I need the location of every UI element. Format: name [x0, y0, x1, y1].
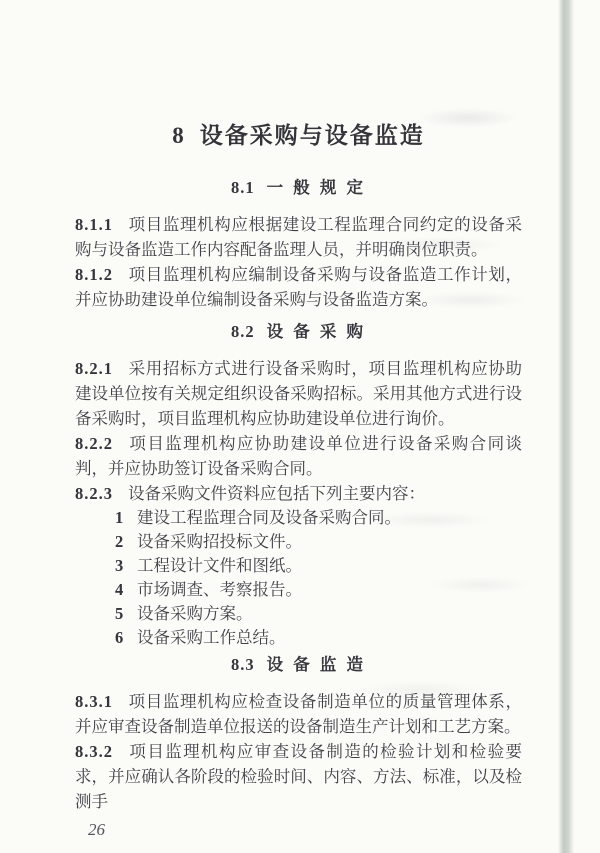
clause-8-2-1: 8.2.1采用招标方式进行设备采购时，项目监理机构应协助建设单位按有关规定组织设…: [75, 356, 522, 431]
item-number: 1: [115, 506, 137, 530]
list-item: 6设备采购工作总结。: [75, 626, 522, 650]
clause-text: 采用招标方式进行设备采购时，项目监理机构应协助建设单位按有关规定组织设备采购招标…: [75, 359, 522, 428]
clause-text: 项目监理机构应审查设备制造的检验计划和检验要求，并应确认各阶段的检验时间、内容、…: [75, 742, 522, 811]
item-text: 工程设计文件和图纸。: [137, 556, 302, 575]
clause-8-2-3: 8.2.3设备采购文件资料应包括下列主要内容：: [75, 481, 522, 506]
clause-text: 项目监理机构应编制设备采购与设备监造工作计划，并应协助建设单位编制设备采购与设备…: [75, 265, 522, 309]
page-content: 8设备采购与设备监造 8.1一 般 规 定 8.1.1项目监理机构应根据建设工程…: [75, 0, 522, 840]
page-edge-shadow: [558, 0, 574, 853]
list-item: 5设备采购方案。: [75, 602, 522, 626]
clause-8-1-1: 8.1.1项目监理机构应根据建设工程监理合同约定的设备采购与设备监造工作内容配备…: [75, 212, 522, 262]
clause-label: 8.3.1: [75, 692, 113, 711]
section-heading-8-3: 8.3设 备 监 造: [75, 655, 522, 674]
item-text: 设备采购招投标文件。: [137, 532, 302, 551]
page-number: 26: [88, 820, 522, 840]
clause-label: 8.2.2: [75, 434, 113, 453]
clause-label: 8.2.1: [75, 359, 113, 378]
clause-label: 8.2.3: [75, 484, 113, 503]
item-number: 2: [115, 530, 137, 554]
clause-label: 8.1.1: [75, 215, 113, 234]
clause-8-1-2: 8.1.2项目监理机构应编制设备采购与设备监造工作计划，并应协助建设单位编制设备…: [75, 262, 522, 312]
item-number: 6: [115, 626, 137, 650]
chapter-title-text: 设备采购与设备监造: [200, 123, 425, 148]
section-number: 8.1: [231, 178, 255, 197]
item-text: 市场调查、考察报告。: [137, 580, 302, 599]
item-number: 3: [115, 554, 137, 578]
clause-8-3-2: 8.3.2项目监理机构应审查设备制造的检验计划和检验要求，并应确认各阶段的检验时…: [75, 739, 522, 814]
clause-label: 8.1.2: [75, 265, 113, 284]
section-number: 8.2: [231, 322, 255, 341]
list-item: 3工程设计文件和图纸。: [75, 554, 522, 578]
item-number: 5: [115, 602, 137, 626]
item-text: 设备采购工作总结。: [137, 628, 286, 647]
clause-8-3-1: 8.3.1项目监理机构应检查设备制造单位的质量管理体系，并应审查设备制造单位报送…: [75, 689, 522, 739]
clause-8-2-2: 8.2.2项目监理机构应协助建设单位进行设备采购合同谈判，并应协助签订设备采购合…: [75, 431, 522, 481]
list-item: 2设备采购招投标文件。: [75, 530, 522, 554]
section-title: 设 备 监 造: [267, 655, 366, 674]
section-title: 一 般 规 定: [267, 178, 366, 197]
clause-8-2-3-list: 1建设工程监理合同及设备采购合同。 2设备采购招投标文件。 3工程设计文件和图纸…: [75, 506, 522, 650]
clause-text: 设备采购文件资料应包括下列主要内容：: [128, 484, 425, 503]
chapter-number: 8: [172, 123, 184, 148]
item-text: 设备采购方案。: [137, 604, 253, 623]
section-heading-8-2: 8.2设 备 采 购: [75, 322, 522, 341]
clause-text: 项目监理机构应根据建设工程监理合同约定的设备采购与设备监造工作内容配备监理人员，…: [75, 215, 522, 259]
section-number: 8.3: [231, 655, 255, 674]
clause-label: 8.3.2: [75, 742, 113, 761]
section-heading-8-1: 8.1一 般 规 定: [75, 178, 522, 197]
item-text: 建设工程监理合同及设备采购合同。: [137, 508, 401, 527]
clause-text: 项目监理机构应协助建设单位进行设备采购合同谈判，并应协助签订设备采购合同。: [75, 434, 522, 478]
chapter-title: 8设备采购与设备监造: [75, 121, 522, 150]
item-number: 4: [115, 578, 137, 602]
section-title: 设 备 采 购: [267, 322, 366, 341]
list-item: 1建设工程监理合同及设备采购合同。: [75, 506, 522, 530]
clause-text: 项目监理机构应检查设备制造单位的质量管理体系，并应审查设备制造单位报送的设备制造…: [75, 692, 522, 736]
list-item: 4市场调查、考察报告。: [75, 578, 522, 602]
